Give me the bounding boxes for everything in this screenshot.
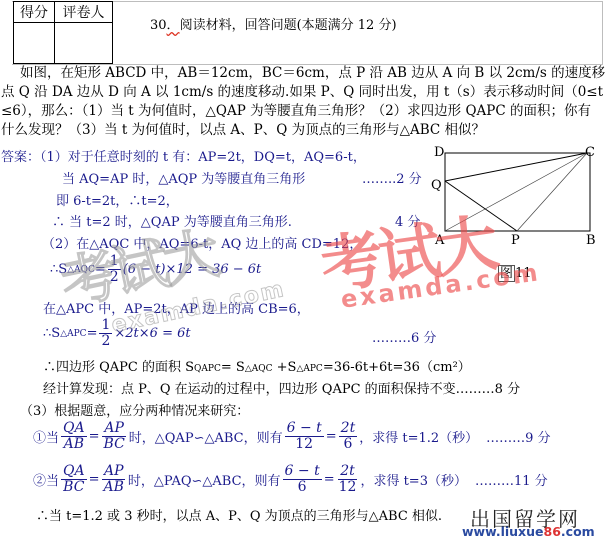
case1-line: ①当 QAAB = APBC 时，△QAP∽△ABC，则有 6 − t12 = … bbox=[33, 421, 551, 452]
question-title-text: 阅读材料，回答问题(本题满分 12 分) bbox=[180, 18, 397, 33]
case2-line: ②当 QABC = APAB 时，△PAQ∽△ABC，则有 6 − t6 = 2… bbox=[33, 464, 548, 495]
score-table: 得分 评卷人 bbox=[13, 1, 113, 64]
score-header: 得分 bbox=[14, 2, 55, 23]
answer-part3-line1: （3）根据题意，应分两种情况来研究： bbox=[20, 400, 249, 419]
svg-text:D: D bbox=[434, 145, 444, 160]
score-marker-6: ………6 分 bbox=[372, 327, 436, 346]
question-number: 30 bbox=[150, 18, 167, 33]
problem-line-3: ≤6），那么：（1）当 t 为何值时，△QAP 为等腰直角三角形？（2）求四边形… bbox=[1, 102, 591, 121]
answer-label: 答案： bbox=[1, 150, 40, 165]
site-logo-url: www.liuxue86.com bbox=[462, 524, 595, 539]
problem-line-2: 点 Q 沿 DA 边从 D 向 A 以 1cm/s 的速度移动.如果 P、Q 同… bbox=[1, 83, 603, 102]
score-marker-2: ……..2 分 bbox=[362, 168, 422, 187]
score-cell bbox=[14, 23, 55, 64]
svg-text:B: B bbox=[586, 233, 596, 248]
grader-cell bbox=[55, 23, 113, 64]
question-dot: ． bbox=[167, 18, 180, 33]
score-marker-11: ………11 分 bbox=[475, 470, 548, 489]
answer-part1-line1: 答案：（1）对于任意时刻的 t 有：AP=2t，DQ=t，AQ=6-t， bbox=[1, 146, 366, 165]
svg-text:C: C bbox=[585, 145, 595, 160]
svg-text:P: P bbox=[511, 233, 520, 248]
conclusion-line: ∴当 t=1.2 或 3 秒时，以点 A、P、Q 为顶点的三角形与△ABC 相似… bbox=[36, 505, 442, 524]
svg-text:Q: Q bbox=[431, 178, 442, 193]
answer-part1-line3: 即 6-t=2t，∴t=2， bbox=[56, 190, 179, 209]
finding-line: 经计算发现：点 P、Q 在运动的过程中，四边形 QAPC 的面积保持不变………8… bbox=[43, 378, 520, 397]
score-marker-9: ………9 分 bbox=[486, 427, 550, 446]
problem-line-4: 什么发现？（3）当 t 为何值时，以点 A、P、Q 为顶点的三角形与△ABC 相… bbox=[1, 121, 485, 140]
answer-part1-line2: 当 AQ=AP 时，△AQP 为等腰直角三角形 bbox=[62, 168, 305, 187]
grader-header: 评卷人 bbox=[55, 2, 113, 23]
quad-area-line: ∴四边形 QAPC 的面积 SQAPC= S△AQC +S△APC=36-6t+… bbox=[43, 356, 471, 375]
problem-line-1: 如图，在矩形 ABCD 中，AB＝12cm，BC＝6cm，点 P 沿 AB 边从… bbox=[20, 64, 605, 83]
question-title: 30．阅读材料，回答问题(本题满分 12 分) bbox=[150, 14, 397, 33]
